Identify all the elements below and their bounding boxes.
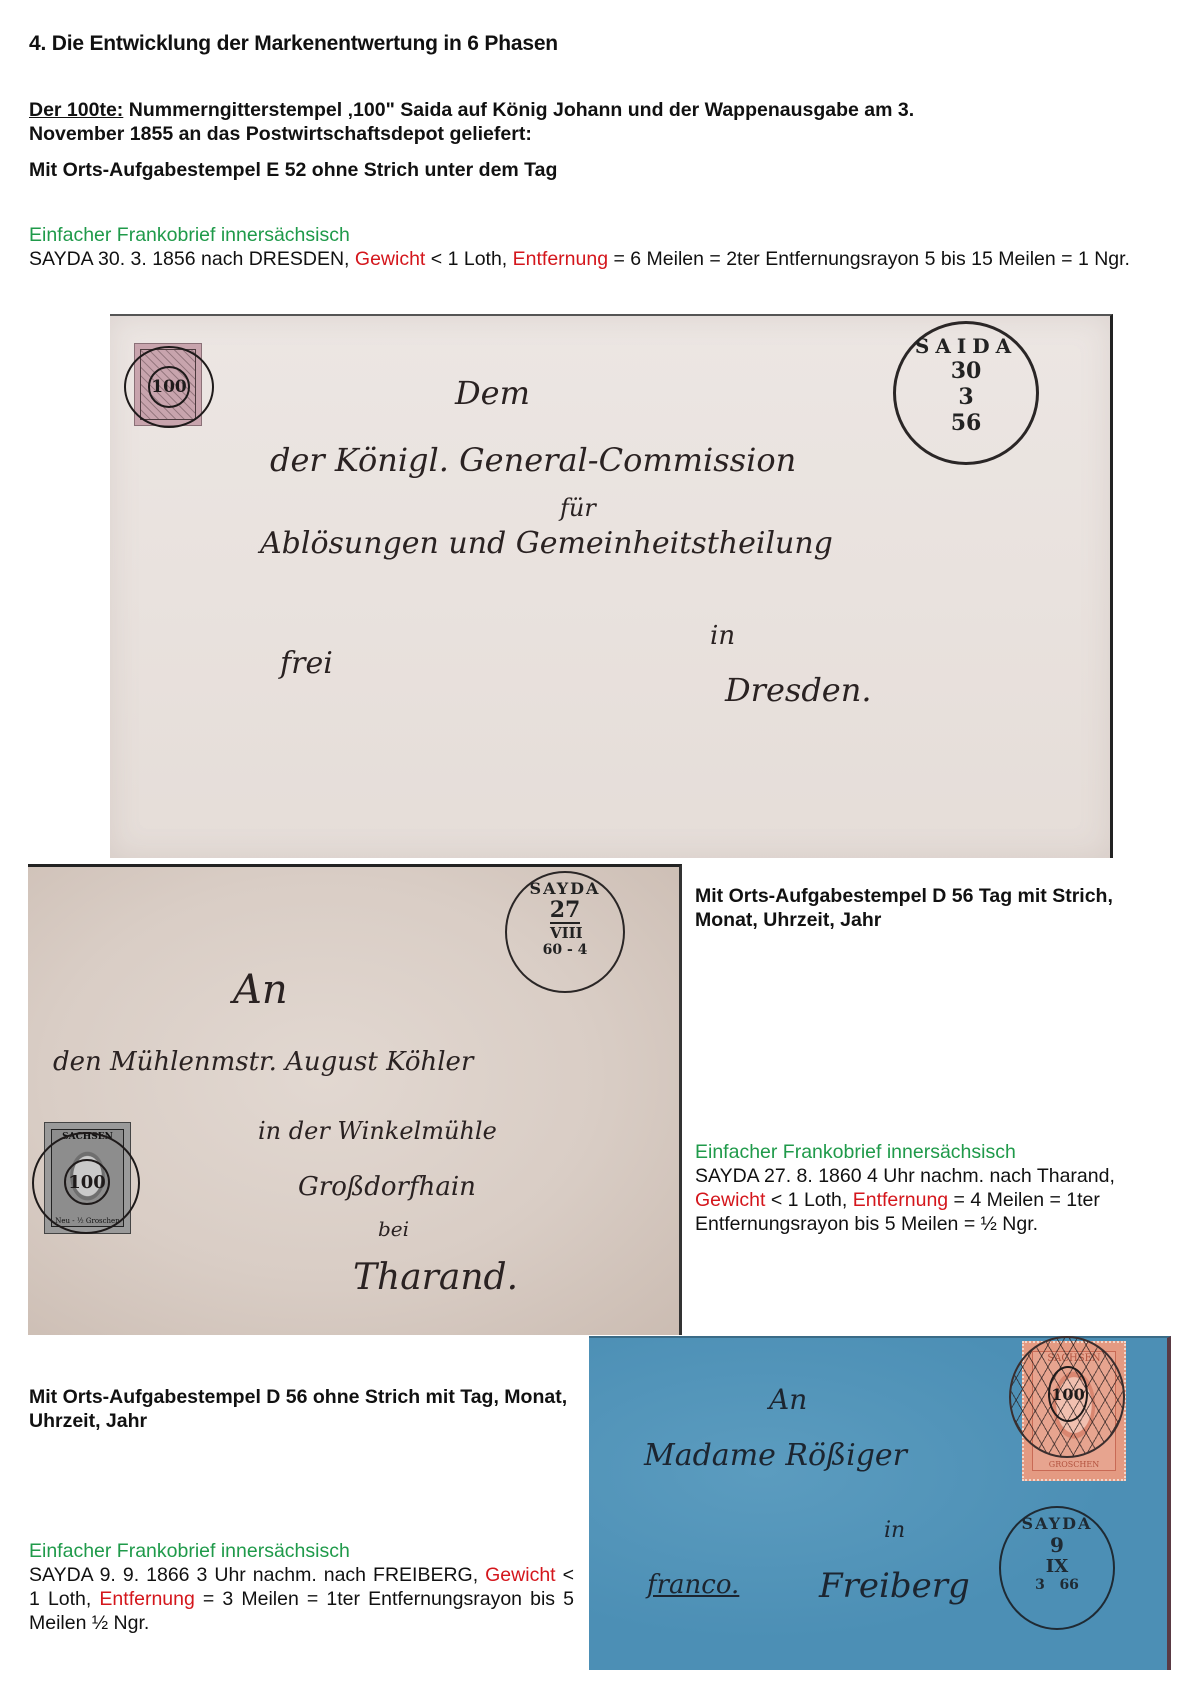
address-line: in — [884, 1518, 905, 1543]
address-line: Ablösungen und Gemeinheitstheilung — [260, 526, 833, 561]
section1-weight-value: < 1 Loth, — [425, 248, 512, 270]
address-line: An — [769, 1383, 807, 1416]
address-line: Großdorfhain — [298, 1172, 476, 1202]
postmark-sayda: SAYDA 9 IX 3 66 — [999, 1506, 1115, 1630]
section1-weight-label: Gewicht — [355, 248, 425, 270]
section3-description: Einfacher Frankobrief innersächsisch SAY… — [29, 1539, 574, 1635]
section3-distance-label: Entfernung — [99, 1588, 194, 1610]
address-line: Freiberg — [819, 1566, 970, 1606]
cover-note-franco: franco. — [647, 1570, 739, 1600]
postmark-sayda: SAYDA 27 VIII 60 - 4 — [505, 871, 625, 993]
cancel-number: 100 — [1048, 1366, 1088, 1422]
address-line: bei — [378, 1217, 409, 1241]
section2-description: Einfacher Frankobrief innersächsisch SAY… — [695, 1140, 1165, 1236]
cover-image-1860: SACHSEN Neu - ½ Groschen 100 SAYDA 27 VI… — [28, 864, 682, 1335]
section2-letter-type: Einfacher Frankobrief innersächsisch — [695, 1140, 1165, 1164]
section2-desc-prefix: SAYDA 27. 8. 1860 4 Uhr nachm. nach Thar… — [695, 1165, 1115, 1187]
section1-letter-type: Einfacher Frankobrief innersächsisch — [29, 223, 1159, 247]
section2-distance-label: Entfernung — [853, 1189, 948, 1211]
section1-distance-value: = 6 Meilen = 2ter Entfernungsrayon 5 bis… — [608, 248, 1130, 270]
address-line: für — [560, 494, 596, 522]
address-line: in — [710, 621, 735, 651]
address-line: Dem — [455, 374, 530, 412]
address-line: Dresden. — [725, 671, 872, 709]
cover-image-1866: SACHSEN GROSCHEN 100 SAYDA 9 IX 3 66 An … — [589, 1336, 1171, 1670]
address-line: Madame Rößiger — [644, 1438, 907, 1473]
section1-distance-label: Entfernung — [513, 248, 608, 270]
section2-subtitle: Mit Orts-Aufgabestempel D 56 Tag mit Str… — [695, 884, 1165, 932]
address-line: den Mühlenmstr. August Köhler — [53, 1047, 473, 1077]
section3-desc-prefix: SAYDA 9. 9. 1866 3 Uhr nachm. nach FREIB… — [29, 1564, 485, 1586]
intro-lead: Der 100te: — [29, 99, 123, 121]
address-line: der Königl. General-Commission — [270, 441, 796, 479]
address-line: Tharand. — [353, 1257, 518, 1298]
intro-line1: Nummerngitterstempel ‚100" Saida auf Kön… — [123, 99, 914, 121]
section3-subtitle: Mit Orts-Aufgabestempel D 56 ohne Strich… — [29, 1385, 574, 1433]
cancel-number: 100 — [64, 1159, 110, 1205]
intro-paragraph: Der 100te: Nummerngitterstempel ‚100" Sa… — [29, 98, 1169, 146]
section1-description: Einfacher Frankobrief innersächsisch SAY… — [29, 223, 1159, 271]
cover-image-1856: 100 SAIDA 30 3 56 Dem der Königl. Genera… — [110, 314, 1113, 858]
section3-letter-type: Einfacher Frankobrief innersächsisch — [29, 1539, 574, 1563]
cancel-number: 100 — [148, 366, 190, 408]
intro-line2: November 1855 an das Postwirtschaftsdepo… — [29, 122, 1169, 146]
section2-weight-value: < 1 Loth, — [765, 1189, 852, 1211]
section3-weight-label: Gewicht — [485, 1564, 555, 1586]
section1-subtitle: Mit Orts-Aufgabestempel E 52 ohne Strich… — [29, 158, 557, 182]
section2-weight-label: Gewicht — [695, 1189, 765, 1211]
section1-desc-prefix: SAYDA 30. 3. 1856 nach DRESDEN, — [29, 248, 355, 270]
page-heading: 4. Die Entwicklung der Markenentwertung … — [29, 32, 558, 56]
postmark-saida: SAIDA 30 3 56 — [893, 321, 1039, 465]
address-line: in der Winkelmühle — [258, 1117, 497, 1145]
address-line: An — [233, 967, 288, 1013]
cover-note-frei: frei — [280, 646, 333, 681]
